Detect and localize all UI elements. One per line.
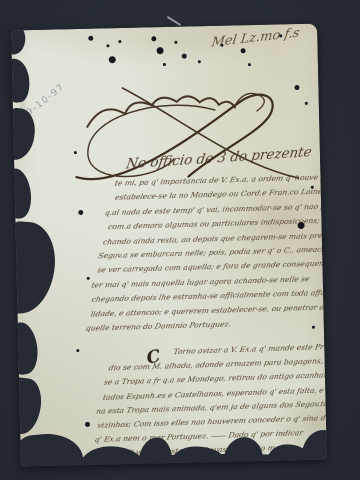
torn-edge-hole: [11, 321, 41, 376]
torn-edge-hole: [11, 166, 35, 220]
torn-edge-hole: [11, 24, 28, 57]
torn-edge-hole: [11, 220, 58, 316]
letter-paragraph-2: Torno avizar a V. Ex.a q' mande este Pre…: [90, 340, 327, 462]
letter-paragraph-1: te mi, pa q' importancia de V. Ex.a, a o…: [84, 170, 327, 336]
ink-blotch: C: [147, 346, 161, 369]
background-scratch: [167, 16, 182, 26]
torn-edge-hole: [11, 57, 32, 104]
paper-sheet: 9-10-97 Mel Lz.mo f.s No officio de 3 do…: [11, 24, 327, 467]
manuscript-photo: 9-10-97 Mel Lz.mo f.s No officio de 3 do…: [0, 0, 360, 480]
torn-edge-hole: [11, 376, 44, 436]
docket-inscription: Mel Lz.mo f.s: [211, 24, 327, 51]
